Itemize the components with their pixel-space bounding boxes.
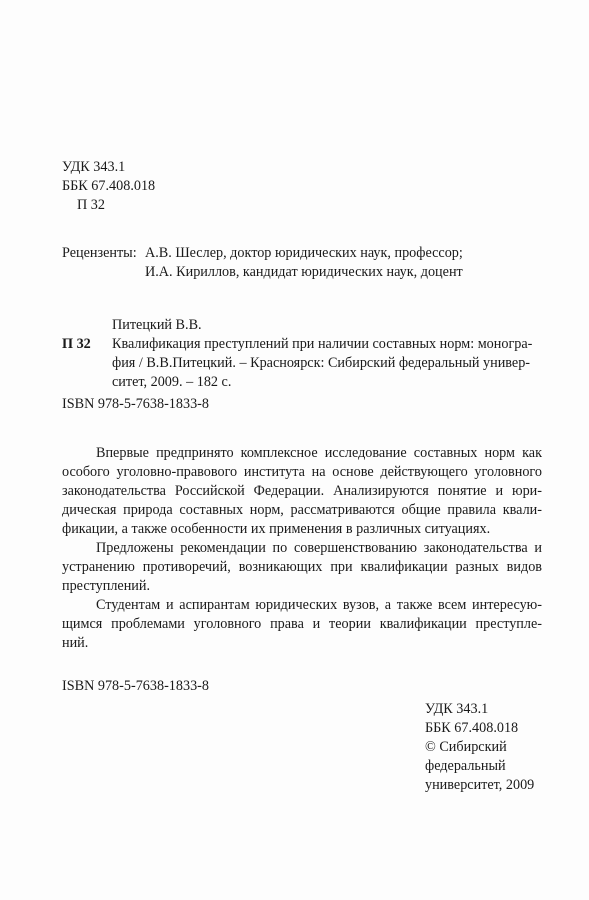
copyright-line: федеральный bbox=[425, 757, 534, 776]
footer-udk-code: УДК 343.1 bbox=[425, 700, 534, 719]
annotation-line: преступлений. bbox=[62, 577, 542, 596]
bbk-code: ББК 67.408.018 bbox=[62, 177, 155, 196]
annotation-line: Студентам и аспирантам юридических вузов… bbox=[62, 596, 542, 615]
entry-author: Питецкий В.В. bbox=[62, 316, 542, 335]
annotation: Впервые предпринято комплексное исследов… bbox=[62, 444, 542, 653]
annotation-line: щимся проблемами уголовного права и теор… bbox=[62, 615, 542, 634]
author-mark: П 32 bbox=[62, 196, 155, 215]
copyright-line: © Сибирский bbox=[425, 738, 534, 757]
entry-line: ситет, 2009. – 182 с. bbox=[112, 373, 532, 392]
reviewer-1: А.В. Шеслер, доктор юридических наук, пр… bbox=[145, 244, 463, 263]
entry-line: Квалификация преступлений при наличии со… bbox=[112, 335, 532, 354]
isbn-top: ISBN 978-5-7638-1833-8 bbox=[62, 395, 209, 414]
header-classification-codes: УДК 343.1 ББК 67.408.018 П 32 bbox=[62, 158, 155, 215]
annotation-line: законодательства Российской Федерации. А… bbox=[62, 482, 542, 501]
copyright-line: университет, 2009 bbox=[425, 776, 534, 795]
annotation-paragraph-3: Студентам и аспирантам юридических вузов… bbox=[62, 596, 542, 653]
annotation-paragraph-1: Впервые предпринято комплексное исследов… bbox=[62, 444, 542, 539]
entry-code: П 32 bbox=[62, 335, 112, 392]
reviewer-2: И.А. Кириллов, кандидат юридических наук… bbox=[145, 263, 463, 282]
bibliographic-entry: Питецкий В.В. П 32 Квалификация преступл… bbox=[62, 316, 542, 392]
entry-line: фия / В.В.Питецкий. – Красноярск: Сибирс… bbox=[112, 354, 532, 373]
annotation-line: ний. bbox=[62, 634, 542, 653]
udk-code: УДК 343.1 bbox=[62, 158, 155, 177]
reviewers-block: Рецензенты: А.В. Шеслер, доктор юридичес… bbox=[62, 244, 463, 282]
entry-description: Квалификация преступлений при наличии со… bbox=[112, 335, 532, 392]
annotation-line: Впервые предпринято комплексное исследов… bbox=[62, 444, 542, 463]
annotation-paragraph-2: Предложены рекомендации по совершенствов… bbox=[62, 539, 542, 596]
reviewers-label: Рецензенты: bbox=[62, 244, 145, 263]
annotation-line: Предложены рекомендации по совершенствов… bbox=[62, 539, 542, 558]
footer-classification-codes: УДК 343.1 ББК 67.408.018 © Сибирский фед… bbox=[425, 700, 534, 795]
annotation-line: фикации, а также особенности их применен… bbox=[62, 520, 542, 539]
annotation-line: устранению противоречий, возникающих при… bbox=[62, 558, 542, 577]
annotation-line: особого уголовно-правового института на … bbox=[62, 463, 542, 482]
isbn-bottom: ISBN 978-5-7638-1833-8 bbox=[62, 677, 209, 696]
annotation-line: дическая природа составных норм, рассмат… bbox=[62, 501, 542, 520]
footer-bbk-code: ББК 67.408.018 bbox=[425, 719, 534, 738]
